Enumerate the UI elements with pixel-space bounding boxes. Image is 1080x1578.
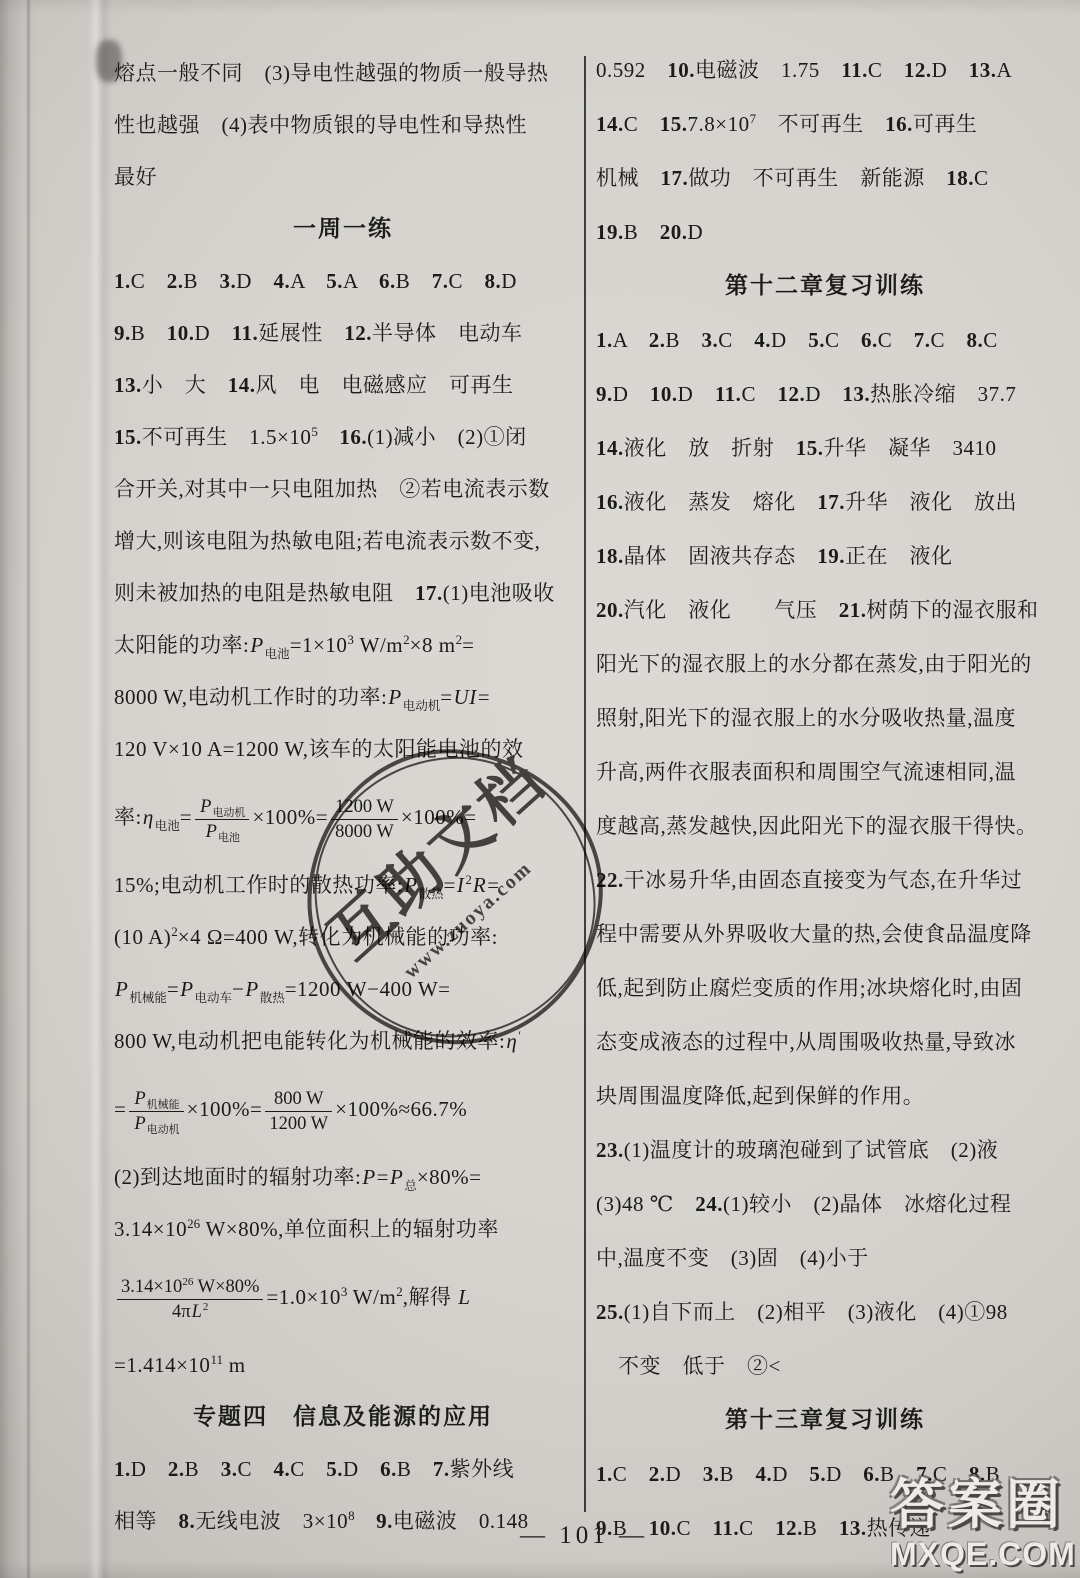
answer-line: 性也越强 (4)表中物质银的导电性和导热性: [114, 99, 572, 151]
answer-line: 升高,两件衣服表面积和周围空气流速相同,温: [596, 745, 1054, 799]
answer-line: 23.(1)温度计的玻璃泡碰到了试管底 (2)液: [596, 1123, 1054, 1177]
answer-line: 120 V×10 A=1200 W,该车的太阳能电池的效: [114, 723, 572, 775]
answer-line: 3.14×1026 W×80%4πL2=1.0×103 W/m2,解得 L: [114, 1255, 572, 1339]
answer-line: 相等 8.无线电波 3×108 9.电磁波 0.148: [114, 1495, 572, 1547]
answer-line: 3.14×1026 W×80%,单位面积上的辐射功率: [114, 1203, 572, 1255]
answer-line: (2)到达地面时的辐射功率:P=P总×80%=: [114, 1151, 572, 1203]
section-heading: 一周一练: [114, 203, 572, 255]
answer-line: 熔点一般不同 (3)导电性越强的物质一般导热: [114, 47, 572, 99]
column-divider: [584, 56, 586, 1512]
answer-line: 不变 低于 ②<: [596, 1339, 1054, 1393]
answer-line: 太阳能的功率:P电池=1×103 W/m2×8 m2=: [114, 619, 572, 671]
answer-line: 块周围温度降低,起到保鲜的作用。: [596, 1069, 1054, 1123]
answer-line: 程中需要从外界吸收大量的热,会使食品温度降: [596, 907, 1054, 961]
answer-line: 低,起到防止腐烂变质的作用;冰块熔化时,由固: [596, 961, 1054, 1015]
fraction: P电动机P电池: [195, 795, 249, 844]
section-heading: 第十三章复习训练: [596, 1393, 1054, 1447]
answer-line: 19.B 20.D: [596, 205, 1054, 259]
answer-line: 15%;电动机工作时的散热功率:P散热=I2R=: [114, 859, 572, 911]
answer-line: 率:η电池=P电动机P电池×100%=1200 W8000 W×100%=: [114, 775, 572, 859]
answer-line: 14.液化 放 折射 15.升华 凝华 3410: [596, 421, 1054, 475]
answer-line: 阳光下的湿衣服上的水分都在蒸发,由于阳光的: [596, 637, 1054, 691]
page-number: — 101 —: [520, 1522, 648, 1550]
answer-line: 25.(1)自下而上 (2)相平 (3)液化 (4)①98: [596, 1285, 1054, 1339]
answer-line: 16.液化 蒸发 熔化 17.升华 液化 放出: [596, 475, 1054, 529]
answer-line: 9.D 10.D 11.C 12.D 13.热胀冷缩 37.7: [596, 367, 1054, 421]
answer-line: 1.C 2.B 3.D 4.A 5.A 6.B 7.C 8.D: [114, 255, 572, 307]
answer-line: 14.C 15.7.8×107 不可再生 16.可再生: [596, 97, 1054, 151]
answer-line: 1.D 2.B 3.C 4.C 5.D 6.B 7.紫外线: [114, 1443, 572, 1495]
answer-line: 1.C 2.D 3.B 4.D 5.D 6.B 7.C 8.B: [596, 1447, 1054, 1501]
answer-line: 增大,则该电阻为热敏电阻;若电流表示数不变,: [114, 515, 572, 567]
answer-line: (10 A)2×4 Ω=400 W,转化为机械能的功率:: [114, 911, 572, 963]
fraction: P机械能P电动机: [129, 1087, 183, 1136]
answer-line: 18.晶体 固液共存态 19.正在 液化: [596, 529, 1054, 583]
answer-line: 1.A 2.B 3.C 4.D 5.C 6.C 7.C 8.C: [596, 313, 1054, 367]
answer-line: 度越高,蒸发越快,因此阳光下的湿衣服干得快。: [596, 799, 1054, 853]
fraction: 800 W1200 W: [265, 1087, 332, 1136]
answer-line: (3)48 ℃ 24.(1)较小 (2)晶体 冰熔化过程: [596, 1177, 1054, 1231]
answer-line: 态变成液态的过程中,从周围吸收热量,导致冰: [596, 1015, 1054, 1069]
answer-line: 15.不可再生 1.5×105 16.(1)减小 (2)①闭: [114, 411, 572, 463]
answer-line: 13.小 大 14.风 电 电磁感应 可再生: [114, 359, 572, 411]
fraction: 3.14×1026 W×80%4πL2: [117, 1275, 263, 1324]
answer-line: 机械 17.做功 不可再生 新能源 18.C: [596, 151, 1054, 205]
answer-line: 中,温度不变 (3)固 (4)小于: [596, 1231, 1054, 1285]
section-heading: 专题四 信息及能源的应用: [114, 1391, 572, 1443]
answer-line: 照射,阳光下的湿衣服上的水分吸收热量,温度: [596, 691, 1054, 745]
answer-line: 22.干冰易升华,由固态直接变为气态,在升华过: [596, 853, 1054, 907]
answer-line: 9.B 10.D 11.延展性 12.半导体 电动车: [114, 307, 572, 359]
answer-line: 最好: [114, 151, 572, 203]
left-answer-column: 熔点一般不同 (3)导电性越强的物质一般导热性也越强 (4)表中物质银的导电性和…: [114, 0, 572, 1547]
right-answer-column: 0.592 10.电磁波 1.75 11.C 12.D 13.A14.C 15.…: [596, 0, 1054, 1555]
answer-line: P机械能=P电动车−P散热=1200 W−400 W=: [114, 963, 572, 1015]
answer-line: =1.414×1011 m: [114, 1339, 572, 1391]
section-heading: 第十二章复习训练: [596, 259, 1054, 313]
answer-line: 800 W,电动机把电能转化为机械能的效率:η′: [114, 1015, 572, 1067]
answer-line: 合开关,对其中一只电阻加热 ②若电流表示数: [114, 463, 572, 515]
answer-line: 0.592 10.电磁波 1.75 11.C 12.D 13.A: [596, 43, 1054, 97]
answer-line: 8000 W,电动机工作时的功率:P电动机=UI=: [114, 671, 572, 723]
answer-line: 20.汽化 液化 气压 21.树荫下的湿衣服和: [596, 583, 1054, 637]
answer-line: 则未被加热的电阻是热敏电阻 17.(1)电池吸收: [114, 567, 572, 619]
answer-line: 9.B 10.C 11.C 12.B 13.热传递: [596, 1501, 1054, 1555]
fraction: 1200 W8000 W: [331, 795, 398, 844]
answer-line: =P机械能P电动机×100%=800 W1200 W×100%≈66.7%: [114, 1067, 572, 1151]
